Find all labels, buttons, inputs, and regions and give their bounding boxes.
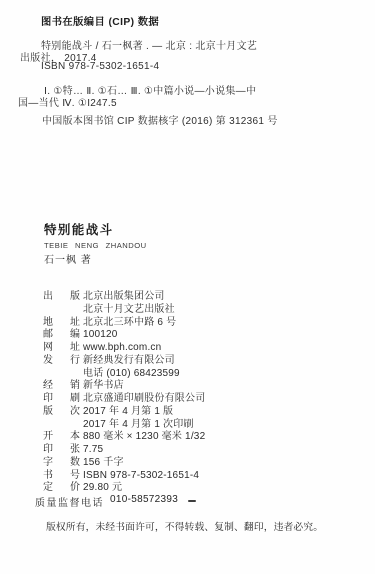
colophon-row-isbn: 书号ISBN 978-7-5302-1651-4 — [43, 470, 205, 483]
row-label: 发行 — [43, 355, 80, 368]
row-value: 新华书店 — [83, 380, 124, 393]
row-value: 100120 — [83, 329, 118, 342]
colophon-table: 出版北京出版集团公司 北京十月文艺出版社 地址北京北三环中路 6 号 邮编100… — [43, 291, 205, 495]
colophon-row-sheets: 印张7.75 — [43, 444, 205, 457]
row-value: 2017 年 4 月第 1 次印刷 — [83, 419, 194, 432]
colophon-row-publisher: 出版北京出版集团公司 — [43, 291, 205, 304]
row-label: 网址 — [43, 342, 80, 355]
row-value: 2017 年 4 月第 1 版 — [83, 406, 173, 419]
colophon-row-postcode: 邮编100120 — [43, 329, 205, 342]
copyright-notice: 版权所有，未经书面许可，不得转载、复制、翻印，违者必究。 — [46, 519, 323, 533]
row-value: 新经典发行有限公司 — [83, 355, 175, 368]
colophon-row-wordcount: 字数156 千字 — [43, 457, 205, 470]
row-label: 字数 — [43, 457, 80, 470]
scan-artifact-dash — [188, 500, 196, 502]
colophon-row-website: 网址www.bph.com.cn — [43, 342, 205, 355]
colophon-row-address: 地址北京北三环中路 6 号 — [43, 317, 205, 330]
row-value: ISBN 978-7-5302-1651-4 — [83, 470, 199, 483]
title-pinyin: TEBIE NENG ZHANDOU — [44, 241, 147, 250]
row-label: 印张 — [43, 444, 80, 457]
row-value: 7.75 — [83, 444, 103, 457]
row-value: www.bph.com.cn — [83, 342, 161, 355]
row-value: 北京盛通印刷股份有限公司 — [83, 393, 205, 406]
colophon-row-printing: 2017 年 4 月第 1 次印刷 — [43, 419, 205, 432]
row-label: 书号 — [43, 470, 80, 483]
row-value: 北京出版集团公司 — [83, 291, 165, 304]
colophon-row-publisher-2: 北京十月文艺出版社 — [43, 304, 205, 317]
row-label: 邮编 — [43, 329, 80, 342]
row-value: 880 毫米 × 1230 毫米 1/32 — [83, 431, 205, 444]
book-title: 特别能战斗 — [44, 223, 147, 237]
quality-phone-number: 010-58572393 — [110, 494, 178, 509]
row-value: 北京十月文艺出版社 — [83, 304, 175, 317]
title-block: 特别能战斗 TEBIE NENG ZHANDOU 石一枫 著 — [44, 223, 147, 267]
row-label: 印刷 — [43, 393, 80, 406]
row-value: 北京北三环中路 6 号 — [83, 317, 176, 330]
colophon-row-printer: 印刷北京盛通印刷股份有限公司 — [43, 393, 205, 406]
row-label — [43, 368, 80, 381]
cip-header: 图书在版编目 (CIP) 数据 — [41, 13, 159, 28]
cip-isbn-line: ISBN 978-7-5302-1651-4 — [41, 61, 159, 72]
row-label: 出版 — [43, 291, 80, 304]
row-value: 电话 (010) 68423599 — [83, 368, 180, 381]
colophon-row-seller: 经销新华书店 — [43, 380, 205, 393]
cip-record-line: 中国版本图书馆 CIP 数据核字 (2016) 第 312361 号 — [42, 112, 278, 127]
row-value: 156 千字 — [83, 457, 124, 470]
cip-class-line-2: 国—当代 Ⅳ. ①I247.5 — [18, 94, 117, 109]
row-label: 经销 — [43, 380, 80, 393]
row-label: 地址 — [43, 317, 80, 330]
colophon-row-edition: 版次2017 年 4 月第 1 版 — [43, 406, 205, 419]
colophon-row-distributor-phone: 电话 (010) 68423599 — [43, 368, 205, 381]
author-line: 石一枫 著 — [44, 255, 147, 267]
row-label: 开本 — [43, 431, 80, 444]
colophon-row-format: 开本880 毫米 × 1230 毫米 1/32 — [43, 431, 205, 444]
row-label — [43, 304, 80, 317]
quality-phone-row: 质量监督电话 010-58572393 — [35, 494, 178, 509]
colophon-row-distributor: 发行新经典发行有限公司 — [43, 355, 205, 368]
book-copyright-page: 图书在版编目 (CIP) 数据 特别能战斗 / 石一枫著 . — 北京 : 北京… — [0, 0, 375, 574]
row-label: 版次 — [43, 406, 80, 419]
quality-phone-label: 质量监督电话 — [35, 494, 104, 509]
row-label — [43, 419, 80, 432]
